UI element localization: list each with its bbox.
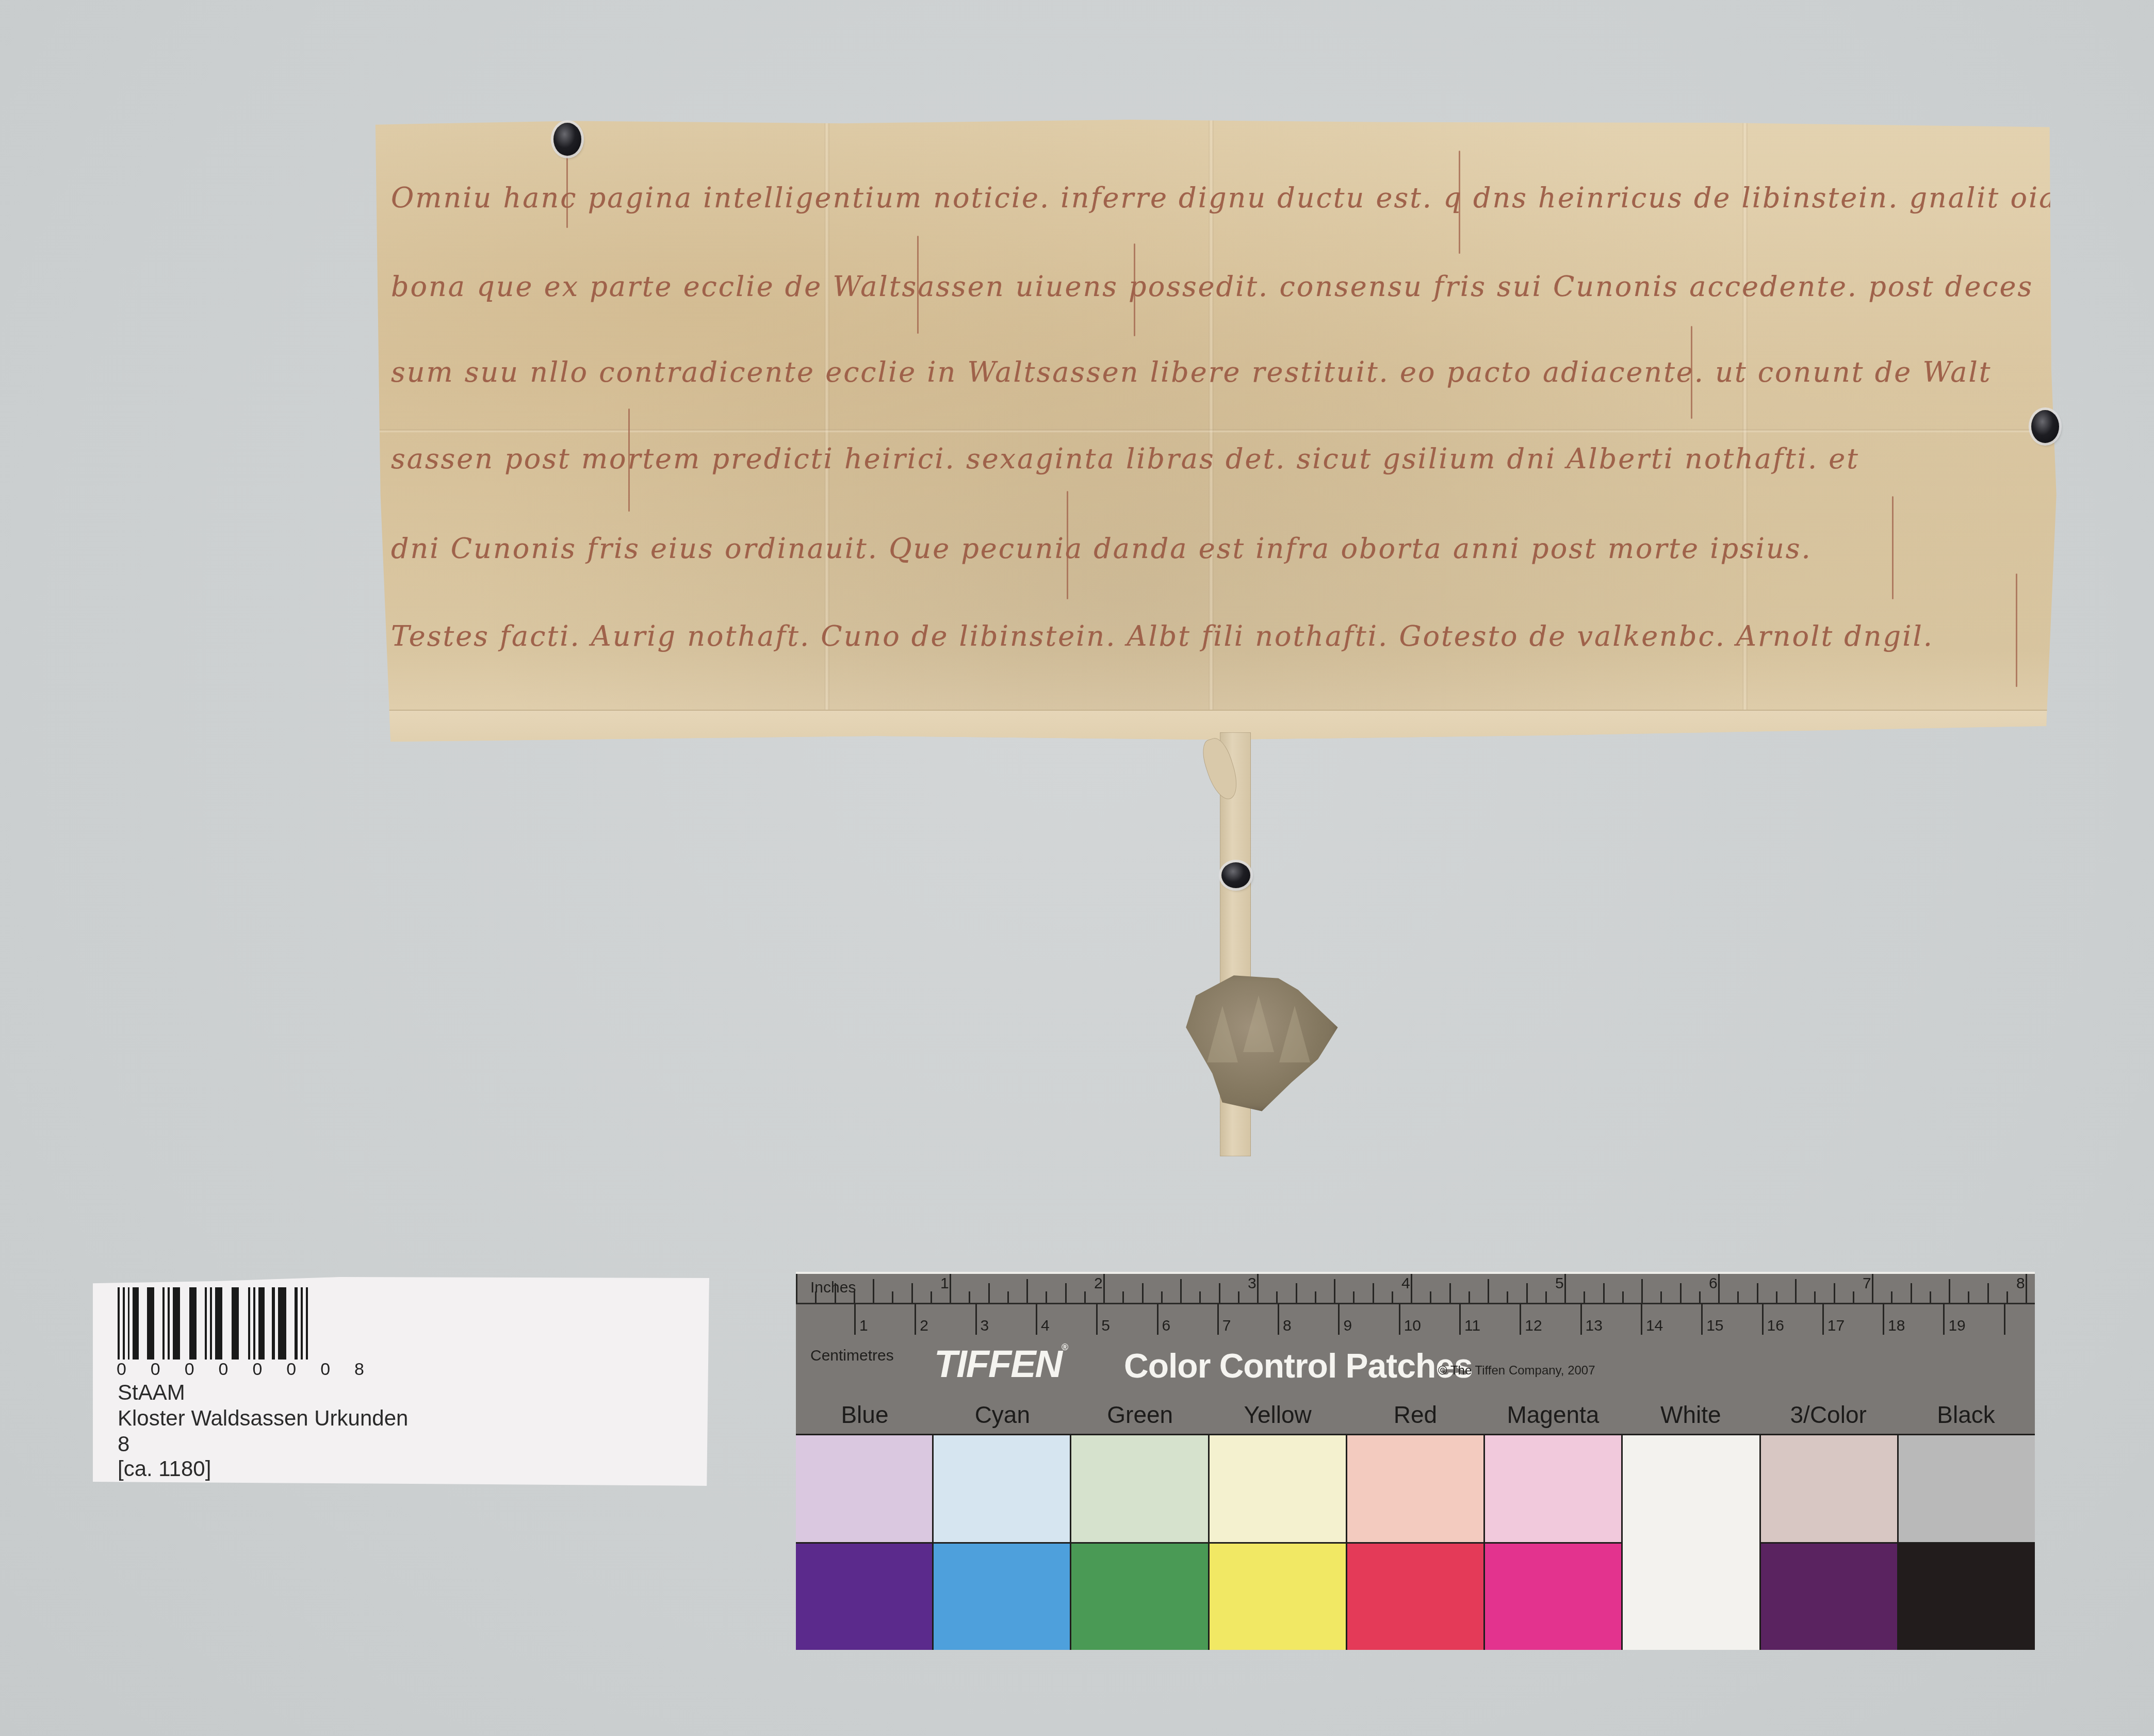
ruler-tick	[1911, 1283, 1912, 1303]
ascender-stroke	[1134, 243, 1135, 336]
ruler-tick	[1296, 1283, 1297, 1303]
charter-line-4: sassen post mortem predicti heirici. sex…	[391, 443, 2037, 475]
ascender-stroke	[566, 151, 568, 228]
color-patch-light	[1071, 1435, 1207, 1544]
ruler-tick	[2006, 1291, 2008, 1303]
patch-label-3color: 3/Color	[1759, 1401, 1897, 1432]
mounting-pin-icon	[1221, 862, 1250, 888]
cm-tick-label: 12	[1525, 1317, 1542, 1335]
ruler-tick	[854, 1291, 855, 1303]
color-patch-dark	[1347, 1544, 1483, 1650]
ascender-stroke	[917, 236, 919, 334]
inch-tick-label: 5	[1555, 1275, 1564, 1292]
ruler-tick	[1872, 1274, 1873, 1303]
tiffen-logo: TIFFEN®	[934, 1342, 1067, 1386]
tiffen-color-chart: Inches 12345678 123456789101112131415161…	[796, 1272, 2035, 1648]
ruler-tick	[1488, 1279, 1489, 1303]
ruler-tick	[1584, 1291, 1585, 1303]
ruler-tick	[911, 1283, 913, 1303]
color-patch-dark	[1761, 1544, 1897, 1650]
ruler-tick	[1007, 1291, 1009, 1303]
ruler-tick	[1883, 1304, 1884, 1335]
inches-label: Inches	[810, 1279, 856, 1297]
patch-label-black: Black	[1897, 1401, 2035, 1432]
ruler-tick	[1430, 1291, 1431, 1303]
seal-relief	[1279, 1006, 1310, 1062]
color-patch-light	[1899, 1435, 2035, 1544]
seal-relief	[1243, 995, 1274, 1052]
ruler-tick	[1399, 1304, 1400, 1335]
barcode-digit: 0	[117, 1360, 126, 1380]
ruler-tick	[1776, 1291, 1777, 1303]
color-patch-dark	[796, 1544, 932, 1650]
seal-relief	[1207, 1006, 1238, 1062]
color-patches	[796, 1434, 2035, 1650]
ruler-tick	[2026, 1274, 2027, 1303]
ruler-tick	[1096, 1304, 1098, 1335]
inch-tick-label: 6	[1709, 1275, 1718, 1292]
cm-tick-label: 6	[1162, 1317, 1171, 1335]
ruler-tick	[1526, 1283, 1528, 1303]
cm-tick-label: 1	[859, 1317, 868, 1335]
cm-tick-label: 10	[1404, 1317, 1421, 1335]
ascender-stroke	[628, 408, 630, 512]
ruler-tick	[1084, 1291, 1086, 1303]
cm-tick-label: 18	[1888, 1317, 1905, 1335]
ruler-tick	[1257, 1274, 1259, 1303]
brand-text: TIFFEN	[934, 1342, 1062, 1385]
ruler-tick	[2004, 1304, 2005, 1335]
chart-header: Inches 12345678 123456789101112131415161…	[796, 1272, 2035, 1436]
ruler-tick	[1545, 1291, 1547, 1303]
ruler-tick	[1718, 1274, 1720, 1303]
cm-tick-label: 13	[1586, 1317, 1603, 1335]
label-collection: Kloster Waldsassen Urkunden	[118, 1406, 408, 1431]
barcode-digit: 0	[320, 1360, 330, 1380]
label-date: [ca. 1180]	[118, 1456, 211, 1481]
color-patch-dark	[1210, 1544, 1346, 1650]
ascender-stroke	[1892, 496, 1894, 599]
color-patch	[1623, 1435, 1759, 1650]
barcode-digit: 0	[286, 1360, 296, 1380]
cm-tick-label: 2	[920, 1317, 928, 1335]
ruler-tick	[873, 1279, 874, 1303]
charter-line-3: sum suu nllo contradicente ecclie in Wal…	[391, 356, 2037, 388]
ruler-tick	[835, 1283, 836, 1303]
ruler-tick	[1449, 1283, 1451, 1303]
ruler-tick	[988, 1283, 990, 1303]
inch-tick-label: 8	[2016, 1275, 2025, 1292]
ruler-tick	[1065, 1283, 1067, 1303]
color-patch-dark	[1899, 1544, 2035, 1650]
barcode-digit: 0	[219, 1360, 229, 1380]
charter-parchment: Omniu hanc pagina intelligentium noticie…	[370, 120, 2058, 745]
ruler-tick	[1891, 1291, 1892, 1303]
cm-tick-label: 3	[981, 1317, 989, 1335]
ruler-tick	[892, 1291, 893, 1303]
ruler-tick	[1814, 1291, 1816, 1303]
ruler-tick	[1930, 1291, 1931, 1303]
color-patch-light	[934, 1435, 1070, 1544]
patch-label-white: White	[1622, 1401, 1759, 1432]
ruler-tick	[1680, 1283, 1682, 1303]
ruler-tick	[1180, 1279, 1182, 1303]
charter-line-5: dni Cunonis fris eius ordinauit. Que pec…	[391, 532, 2037, 565]
patch-column-green	[1071, 1435, 1209, 1650]
ruler-tick	[1564, 1274, 1566, 1303]
ascender-stroke	[1459, 151, 1460, 254]
ruler-tick	[1603, 1283, 1605, 1303]
ruler-tick	[1392, 1291, 1393, 1303]
ruler-tick	[1122, 1291, 1124, 1303]
label-archive: StAAM	[118, 1380, 185, 1405]
ruler-tick	[969, 1291, 970, 1303]
ruler-tick	[1507, 1291, 1508, 1303]
cm-tick-label: 8	[1283, 1317, 1292, 1335]
ruler-tick	[1411, 1274, 1412, 1303]
inch-tick-label: 2	[1094, 1275, 1103, 1292]
ruler-tick	[1276, 1291, 1278, 1303]
ruler-tick	[975, 1304, 977, 1335]
chart-title: Color Control Patches	[1124, 1346, 1473, 1385]
color-patch-light	[1347, 1435, 1483, 1544]
ruler-tick	[1834, 1283, 1835, 1303]
inch-tick-label: 3	[1248, 1275, 1256, 1292]
ruler-tick	[796, 1274, 797, 1303]
cm-tick-label: 14	[1646, 1317, 1663, 1335]
registered-mark: ®	[1062, 1342, 1067, 1352]
mounting-pin-icon	[553, 123, 581, 156]
barcode-digit: 0	[252, 1360, 262, 1380]
patch-column-yellow	[1210, 1435, 1347, 1650]
cm-ruler: 12345678910111213141516171819	[796, 1304, 2035, 1345]
patch-label-yellow: Yellow	[1209, 1401, 1347, 1432]
ruler-tick	[1622, 1291, 1624, 1303]
cm-tick-label: 7	[1222, 1317, 1231, 1335]
charter-line-2: bona que ex parte ecclie de Waltsassen u…	[391, 270, 2037, 303]
ruler-tick	[1353, 1291, 1355, 1303]
cm-tick-label: 11	[1464, 1317, 1480, 1335]
cm-tick-label: 9	[1343, 1317, 1352, 1335]
ruler-tick	[915, 1304, 916, 1335]
patch-column-black	[1899, 1435, 2035, 1650]
patch-column-magenta	[1485, 1435, 1623, 1650]
barcode-digit: 0	[185, 1360, 194, 1380]
ruler-tick	[1660, 1291, 1662, 1303]
cm-tick-label: 15	[1706, 1317, 1723, 1335]
ruler-tick	[1334, 1279, 1335, 1303]
ruler-tick	[1459, 1304, 1461, 1335]
ruler-tick	[1943, 1304, 1945, 1335]
ruler-tick	[815, 1291, 817, 1303]
ruler-tick	[1641, 1304, 1642, 1335]
charter-line-1: Omniu hanc pagina intelligentium noticie…	[391, 182, 2037, 214]
ruler-tick	[1238, 1291, 1239, 1303]
ruler-tick	[1046, 1291, 1047, 1303]
ruler-tick	[1641, 1279, 1643, 1303]
ruler-tick	[1699, 1291, 1701, 1303]
barcode-digit: 8	[354, 1360, 364, 1380]
chart-copyright: © The Tiffen Company, 2007	[1438, 1364, 1595, 1378]
ruler-tick	[1036, 1304, 1037, 1335]
fold-line	[370, 429, 2058, 432]
ruler-tick	[1757, 1283, 1758, 1303]
cm-tick-label: 5	[1101, 1317, 1110, 1335]
barcode-digit: 0	[151, 1360, 160, 1380]
ruler-tick	[1737, 1291, 1739, 1303]
barcode-number: 0 0 0 0 0 0 0 8	[117, 1360, 364, 1380]
color-patch-light	[1761, 1435, 1897, 1544]
patch-label-red: Red	[1347, 1401, 1484, 1432]
color-patch-light	[1485, 1435, 1621, 1544]
wax-seal	[1176, 970, 1341, 1114]
cm-tick-label: 16	[1767, 1317, 1784, 1335]
label-number: 8	[118, 1432, 129, 1456]
ruler-tick	[1762, 1304, 1764, 1335]
cm-tick-label: 19	[1948, 1317, 1965, 1335]
patch-label-magenta: Magenta	[1484, 1401, 1622, 1432]
inch-tick-label: 7	[1863, 1275, 1871, 1292]
ruler-tick	[1142, 1283, 1144, 1303]
patch-column-blue	[796, 1435, 934, 1650]
ruler-tick	[1520, 1304, 1521, 1335]
ruler-tick	[1580, 1304, 1582, 1335]
color-patch-light	[796, 1435, 932, 1544]
patch-column-red	[1347, 1435, 1485, 1650]
inch-tick-label: 4	[1401, 1275, 1410, 1292]
ruler-tick	[1795, 1279, 1797, 1303]
patch-column-3color	[1761, 1435, 1899, 1650]
ruler-tick	[1199, 1291, 1201, 1303]
patch-column-cyan	[934, 1435, 1071, 1650]
patch-column-white	[1623, 1435, 1760, 1650]
color-patch-dark	[1071, 1544, 1207, 1650]
patch-label-green: Green	[1071, 1401, 1209, 1432]
patch-labels: Blue Cyan Green Yellow Red Magenta White…	[796, 1401, 2035, 1432]
barcode	[118, 1287, 311, 1360]
cm-tick-label: 4	[1041, 1317, 1050, 1335]
ruler-tick	[1315, 1291, 1316, 1303]
ruler-tick	[1701, 1304, 1703, 1335]
ruler-tick	[1157, 1304, 1158, 1335]
color-patch-dark	[1485, 1544, 1621, 1650]
color-patch-light	[1210, 1435, 1346, 1544]
ruler-tick	[1026, 1279, 1028, 1303]
patch-label-blue: Blue	[796, 1401, 934, 1432]
ascender-stroke	[2016, 574, 2017, 687]
ruler-tick	[1161, 1291, 1163, 1303]
ruler-tick	[931, 1291, 932, 1303]
ruler-tick	[1373, 1283, 1374, 1303]
archive-label: 0 0 0 0 0 0 0 8 StAAM Kloster Waldsassen…	[93, 1277, 709, 1486]
ruler-tick	[1338, 1304, 1340, 1335]
patch-label-cyan: Cyan	[934, 1401, 1071, 1432]
ruler-tick	[1219, 1283, 1220, 1303]
cm-tick-label: 17	[1827, 1317, 1845, 1335]
ruler-tick	[1853, 1291, 1854, 1303]
ruler-tick	[1217, 1304, 1219, 1335]
ruler-tick	[1968, 1291, 1969, 1303]
mounting-pin-icon	[2031, 410, 2059, 443]
ascender-stroke	[1067, 491, 1068, 599]
ruler-tick	[1822, 1304, 1824, 1335]
ruler-tick	[1987, 1283, 1989, 1303]
inch-ruler: Inches 12345678	[796, 1274, 2035, 1304]
charter-line-6: Testes facti. Aurig nothaft. Cuno de lib…	[391, 620, 2037, 652]
ruler-tick	[1468, 1291, 1470, 1303]
ruler-tick	[1103, 1274, 1105, 1303]
ruler-tick	[1949, 1279, 1950, 1303]
centimetres-label: Centimetres	[810, 1347, 894, 1365]
ruler-tick	[1278, 1304, 1279, 1335]
ascender-stroke	[1691, 326, 1692, 419]
inch-tick-label: 1	[940, 1275, 949, 1292]
ruler-tick	[950, 1274, 951, 1303]
ruler-tick	[854, 1304, 856, 1335]
color-patch-dark	[934, 1544, 1070, 1650]
